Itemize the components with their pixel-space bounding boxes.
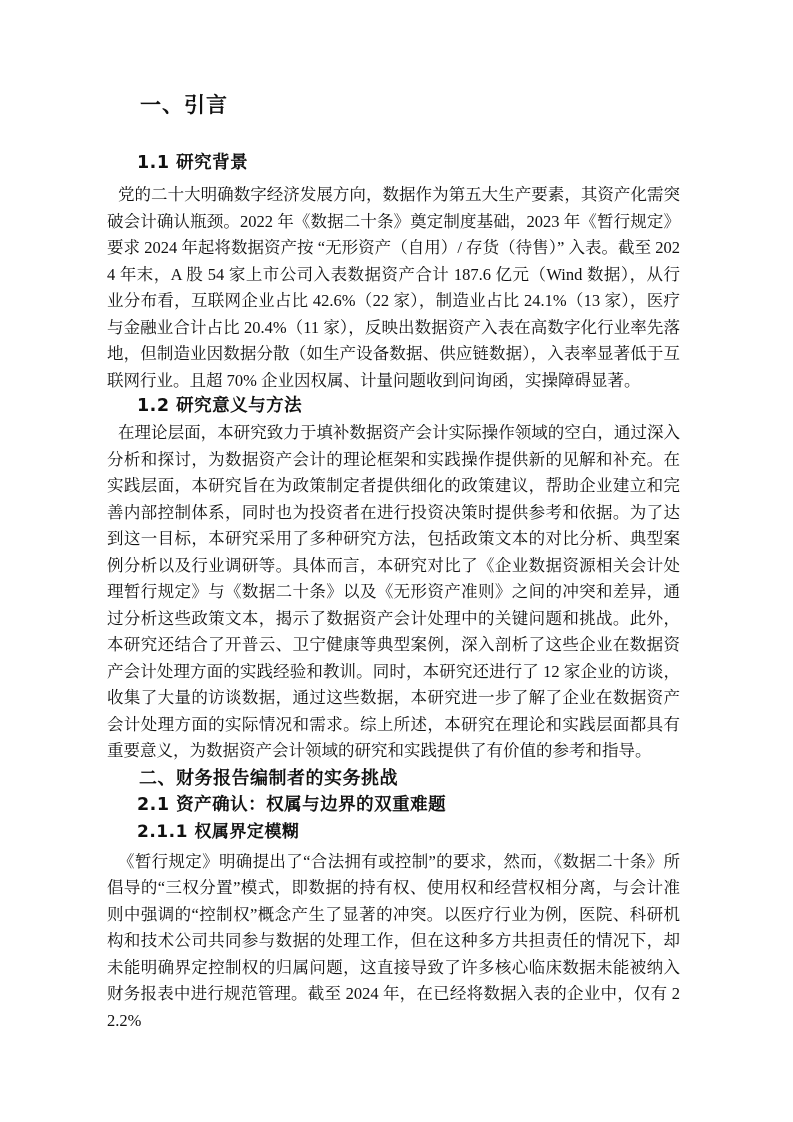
subsubsection-heading-ownership-ambiguity: 2.1.1 权属界定模糊 [137, 819, 680, 846]
paragraph-significance-methods: 在理论层面，本研究致力于填补数据资产会计实际操作领域的空白，通过深入分析和探讨，… [107, 420, 680, 765]
subsection-heading-research-background: 1.1 研究背景 [137, 151, 680, 175]
subsection-heading-significance-methods: 1.2 研究意义与方法 [137, 394, 680, 418]
section-heading-intro: 一、引言 [140, 92, 680, 118]
spacer [107, 118, 680, 151]
paragraph-research-background: 党的二十大明确数字经济发展方向，数据作为第五大生产要素，其资产化需突破会计确认瓶… [107, 182, 680, 394]
document-page: 一、引言 1.1 研究背景 党的二十大明确数字经济发展方向，数据作为第五大生产要… [0, 0, 793, 1122]
section-heading-preparer-challenges: 二、财务报告编制者的实务挑战 [139, 765, 680, 792]
document-content: 一、引言 1.1 研究背景 党的二十大明确数字经济发展方向，数据作为第五大生产要… [107, 92, 680, 1034]
paragraph-ownership-ambiguity: 《暂行规定》明确提出了“合法拥有或控制”的要求，然而，《数据二十条》所倡导的“三… [107, 849, 680, 1035]
subsection-heading-asset-recognition: 2.1 资产确认：权属与边界的双重难题 [137, 792, 680, 819]
